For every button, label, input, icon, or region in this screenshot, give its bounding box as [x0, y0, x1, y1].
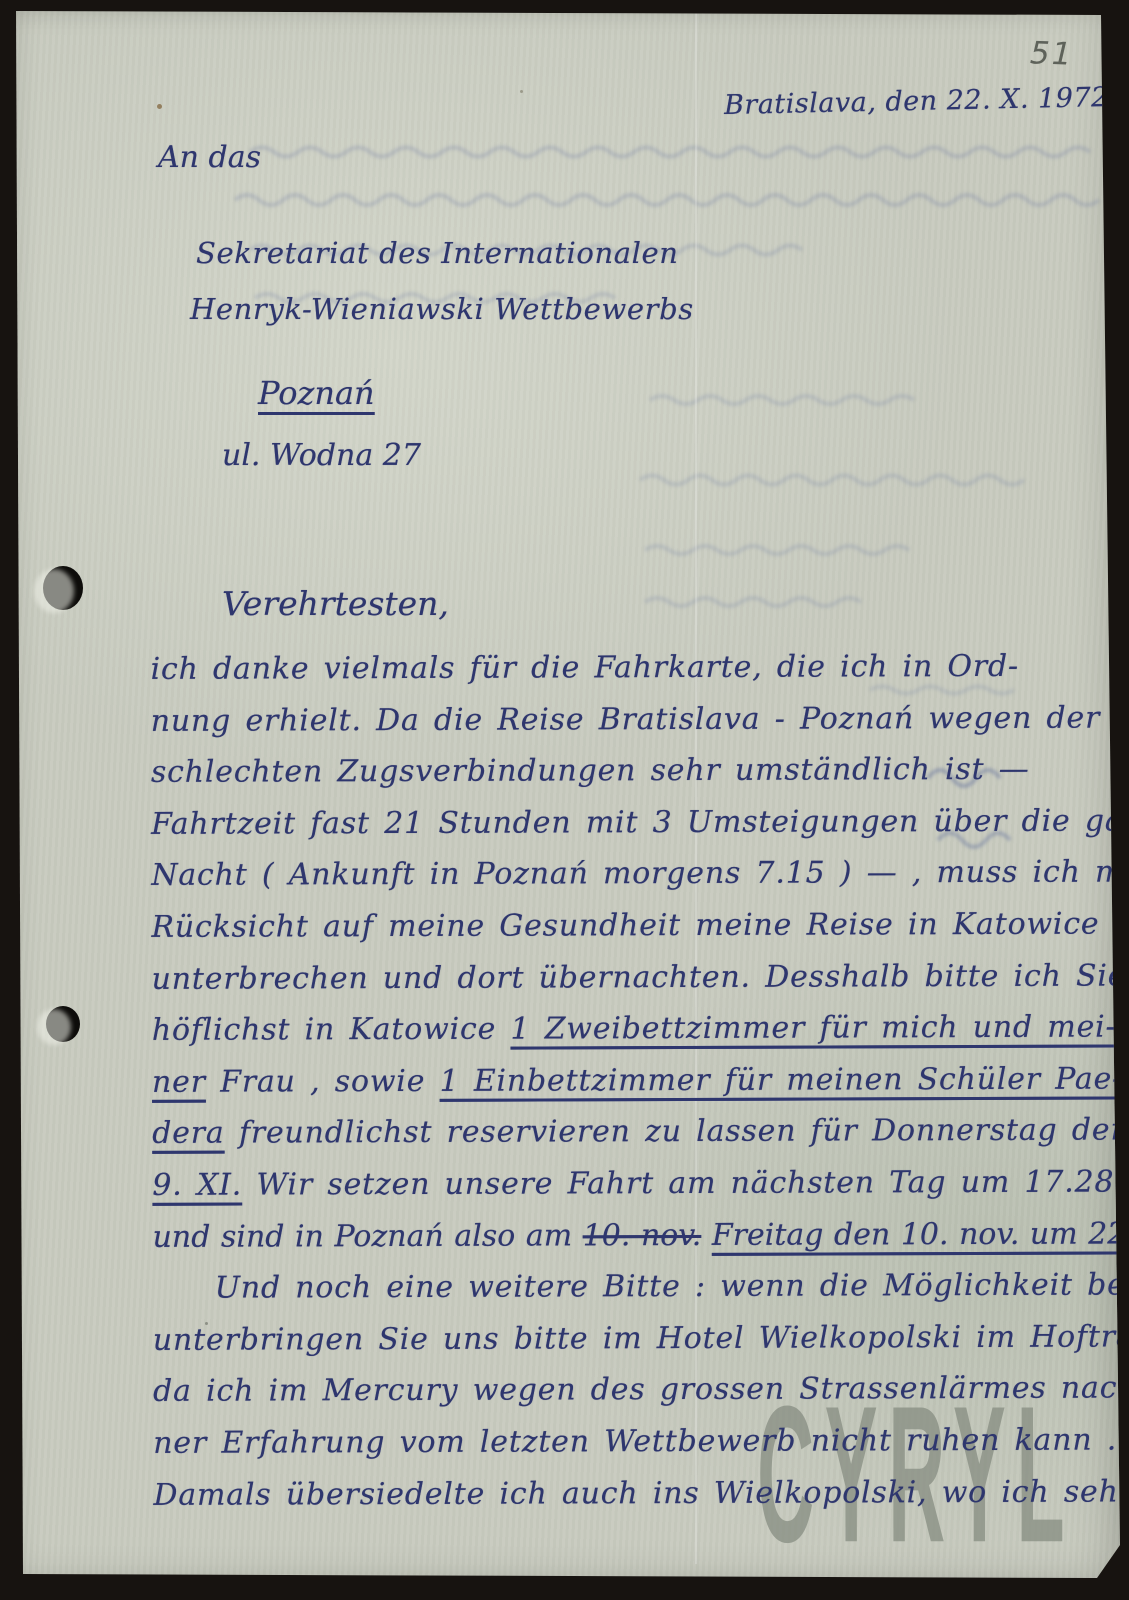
punch-hole-bottom [46, 1006, 80, 1042]
handwriting-text: Wir setzen unsere Fahrt am nächsten Tag … [242, 1164, 1129, 1202]
underlined-text: Freitag den 10. nov. um 22.12. [712, 1216, 1129, 1253]
recipient-line-wettbewerb: Henryk-Wieniawski Wettbewerbs [190, 292, 694, 326]
handwritten-line: unterbrechen und dort übernachten. Dessh… [152, 950, 1129, 1005]
recipient-line-sekretariat: Sekretariat des Internationalen [196, 236, 679, 270]
handwritten-line: ich danke vielmals für die Fahrkarte, di… [150, 640, 1129, 695]
handwriting-text: Und noch eine weitere Bitte : wenn die M… [215, 1267, 1129, 1305]
recipient-street: ul. Wodna 27 [222, 438, 421, 473]
underlined-text: 1 Zweibettzimmer für mich und mei- [510, 1010, 1116, 1047]
handwritten-line: Und noch eine weitere Bitte : wenn die M… [153, 1259, 1129, 1314]
punch-hole-top [43, 566, 83, 610]
handwriting-text: ich danke vielmals für die Fahrkarte, di… [151, 649, 1019, 687]
handwritten-line: Rücksicht auf meine Gesundheit meine Rei… [151, 898, 1129, 953]
handwritten-line: Nacht ( Ankunft in Poznań morgens 7.15 )… [151, 847, 1129, 902]
handwriting-text: unterbrechen und dort übernachten. Dessh… [152, 958, 1127, 996]
ghost-writing-stroke [250, 148, 1090, 157]
handwriting-text: Nacht ( Ankunft in Poznań morgens 7.15 )… [151, 855, 1129, 893]
paper-stain [157, 104, 162, 109]
scan-background: CYRYL 51 Bratislava, den 22. X. 1972 An … [0, 0, 1129, 1600]
handwriting-text: Damals übersiedelte ich auch ins Wielkop… [153, 1474, 1129, 1512]
handwriting-text: Frau , sowie [206, 1064, 440, 1100]
handwritten-line: Fahrtzeit fast 21 Stunden mit 3 Umsteigu… [151, 795, 1129, 850]
handwritten-line: ner Frau , sowie 1 Einbettzimmer für mei… [152, 1053, 1129, 1108]
struck-text: 10. nov. [583, 1217, 702, 1252]
handwritten-line: unterbringen Sie uns bitte im Hotel Wiel… [153, 1311, 1129, 1366]
handwritten-line: nung erhielt. Da die Reise Bratislava - … [151, 692, 1129, 747]
handwriting-text [701, 1217, 712, 1252]
salutation: Verehrtesten, [222, 584, 449, 623]
handwritten-line: 9. XI. Wir setzen unsere Fahrt am nächst… [152, 1156, 1129, 1211]
handwriting-text: Rücksicht auf meine Gesundheit meine Rei… [151, 907, 1099, 945]
underlined-text: dera [152, 1116, 225, 1151]
handwriting-text: Fahrtzeit fast 21 Stunden mit 3 Umsteigu… [151, 803, 1129, 842]
handwritten-line: schlechten Zugsverbindungen sehr umständ… [151, 743, 1129, 798]
recipient-line-an-das: An das [158, 140, 261, 175]
handwriting-text: unterbringen Sie uns bitte im Hotel Wiel… [153, 1319, 1129, 1358]
handwritten-line: ner Erfahrung vom letzten Wettbewerb nic… [153, 1414, 1129, 1469]
paper-speck [520, 90, 523, 93]
handwriting-text: höflichst in Katowice [152, 1012, 511, 1048]
handwritten-line: und sind in Poznań also am 10. nov. Frei… [152, 1208, 1129, 1263]
handwriting-text: da ich im Mercury wegen des grossen Stra… [153, 1370, 1129, 1409]
letter-body: ich danke vielmals für die Fahrkarte, di… [150, 640, 1129, 1521]
handwriting-text: schlechten Zugsverbindungen sehr umständ… [151, 752, 1030, 790]
handwritten-line: höflichst in Katowice 1 Zweibettzimmer f… [152, 1001, 1129, 1056]
underlined-text: 9. XI. [152, 1167, 242, 1202]
handwriting-text: nung erhielt. Da die Reise Bratislava - … [151, 700, 1101, 738]
handwriting-text: und sind in Poznań also am [152, 1218, 582, 1255]
ghost-writing-stroke [650, 396, 914, 404]
handwritten-line: Damals übersiedelte ich auch ins Wielkop… [153, 1466, 1129, 1521]
underlined-text: ner [152, 1064, 206, 1099]
handwritten-line: dera freundlichst reservieren zu lassen … [152, 1104, 1129, 1159]
handwriting-text: ner Erfahrung vom letzten Wettbewerb nic… [153, 1422, 1117, 1460]
underlined-text: 1 Einbettzimmer für meinen Schüler Pae- [440, 1061, 1124, 1098]
letter-page: CYRYL 51 Bratislava, den 22. X. 1972 An … [0, 0, 1129, 1600]
ghost-writing-stroke [645, 546, 909, 554]
ghost-writing-stroke [645, 598, 861, 606]
ghost-writing-stroke [235, 195, 1099, 205]
recipient-city: Poznań [258, 374, 375, 412]
handwriting-text: freundlichst reservieren zu lassen für D… [225, 1113, 1129, 1151]
archive-page-number: 51 [1029, 35, 1074, 72]
handwritten-line: da ich im Mercury wegen des grossen Stra… [153, 1362, 1129, 1417]
